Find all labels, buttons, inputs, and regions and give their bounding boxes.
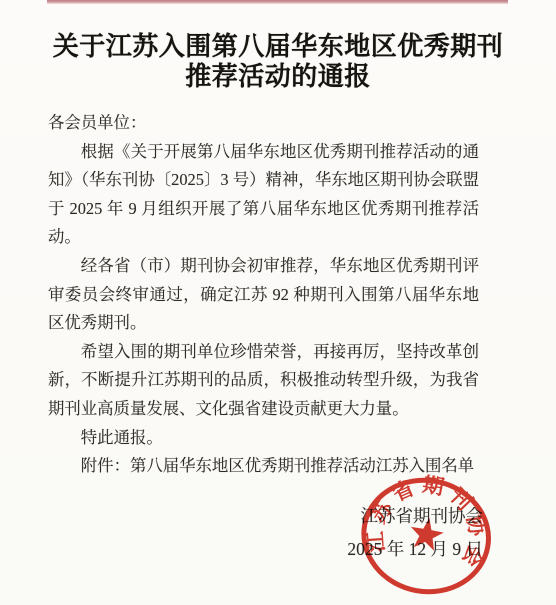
salutation: 各会员单位： <box>48 109 479 138</box>
official-seal: 江苏省期刊协会 <box>347 464 504 605</box>
seal-star-icon <box>408 515 446 552</box>
document-body: 各会员单位： 根据《关于开展第八届华东地区优秀期刊推荐活动的通知》（华东刊协〔2… <box>48 109 479 481</box>
body-paragraph: 希望入围的期刊单位珍惜荣誉，再接再厉，坚持改革创新，不断提升江苏期刊的品质，积极… <box>48 338 479 424</box>
document-title-line2: 推荐活动的通报 <box>0 62 556 92</box>
scanned-notice-page: 关于江苏入围第八届华东地区优秀期刊 推荐活动的通报 各会员单位： 根据《关于开展… <box>0 0 556 605</box>
document-title-line1: 关于江苏入围第八届华东地区优秀期刊 <box>0 32 556 62</box>
body-paragraph: 根据《关于开展第八届华东地区优秀期刊推荐活动的通知》（华东刊协〔2025〕3 号… <box>48 138 479 252</box>
document-title: 关于江苏入围第八届华东地区优秀期刊 推荐活动的通报 <box>0 32 556 92</box>
top-accent-bar <box>47 0 508 4</box>
body-paragraph: 经各省（市）期刊协会初审推荐，华东地区优秀期刊评审委员会终审通过，确定江苏 92… <box>48 252 479 338</box>
closing-line: 特此通报。 <box>48 424 479 453</box>
